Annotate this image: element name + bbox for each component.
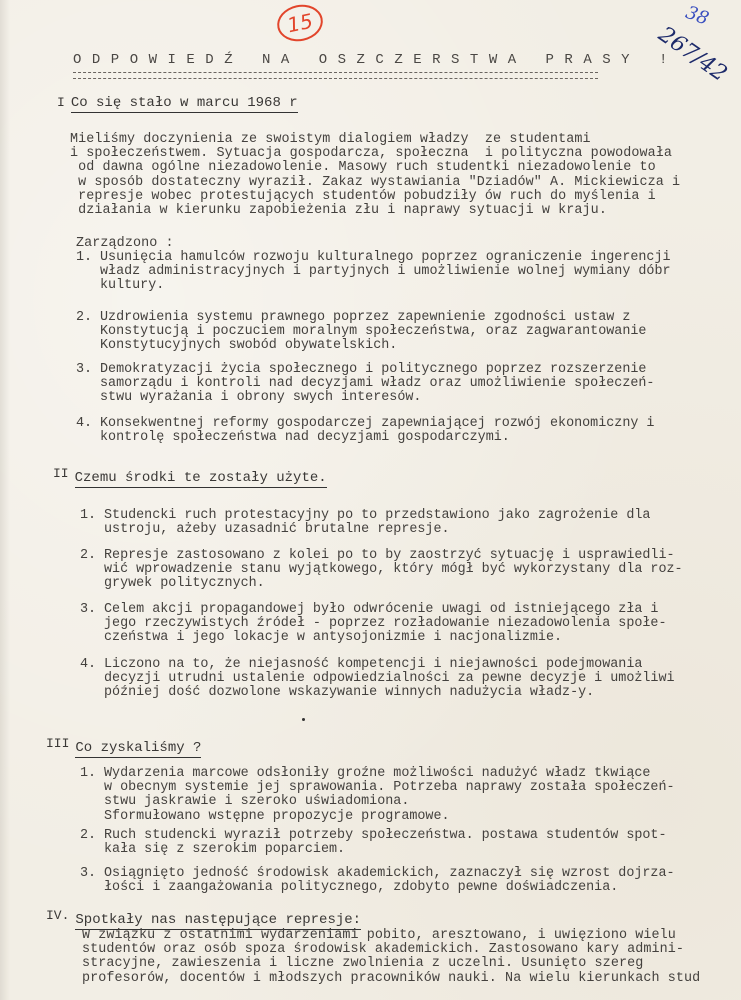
section-4-body-paragraph: W związku z ostatnimi wydarzeniami pobit… — [82, 929, 700, 986]
section-number: IV. — [46, 908, 69, 923]
item-text: Konsekwentnej reformy gospodarczej zapew… — [100, 417, 654, 445]
section-2-item-4: 4.Liczono na to, że niejasność kompetenc… — [80, 658, 675, 701]
handwritten-mark-top: 38 — [683, 2, 712, 30]
item-text: Ruch studencki wyraził potrzeby społecze… — [104, 829, 667, 857]
section-4-heading: IV.Spotkały nas następujące represje: — [46, 908, 361, 928]
title-double-underline — [73, 72, 598, 79]
section-title: Co się stało w marcu 1968 r — [71, 95, 298, 113]
section-2-heading: IICzemu środki te zostały użyte. — [53, 466, 327, 486]
section-2-item-2: 2.Represje zastosowano z kolei po to by … — [80, 549, 683, 592]
item-number: 4. — [76, 417, 100, 431]
section-3-heading: IIICo zyskaliśmy ? — [46, 736, 201, 756]
item-number: 2. — [80, 549, 104, 563]
page-edge-shadow — [0, 0, 10, 1000]
section-2-item-1: 1.Studencki ruch protestacyjny po to prz… — [80, 509, 650, 537]
section-3-item-1: 1.Wydarzenia marcowe odsłoniły groźne mo… — [80, 767, 675, 824]
item-text: Celem akcji propagandowej było odwróceni… — [104, 603, 667, 646]
section-1-heading: ICo się stało w marcu 1968 r — [57, 95, 298, 111]
item-text: Wydarzenia marcowe odsłoniły groźne możl… — [104, 767, 675, 824]
section-title: Czemu środki te zostały użyte. — [75, 470, 327, 488]
item-number: 3. — [80, 867, 104, 881]
item-text: Uzdrowienia systemu prawnego poprzez zap… — [100, 311, 646, 354]
section-1-item-3: 3.Demokratyzacji życia społecznego i pol… — [76, 363, 654, 406]
section-3-item-2: 2.Ruch studencki wyraził potrzeby społec… — [80, 829, 667, 857]
section-1-item-2: 2.Uzdrowienia systemu prawnego poprzez z… — [76, 311, 646, 354]
section-2-item-3: 3.Celem akcji propagandowej było odwróce… — [80, 603, 667, 646]
item-text: Demokratyzacji życia społecznego i polit… — [100, 363, 654, 406]
item-number: 2. — [80, 829, 104, 843]
section-number: I — [57, 95, 65, 110]
item-number: 1. — [80, 767, 104, 781]
section-1-intro-paragraph: Mieliśmy doczynienia ze swoistym dialogi… — [70, 133, 680, 218]
red-circled-page-number: 15 — [274, 1, 326, 46]
item-number: 4. — [80, 658, 104, 672]
item-text: Studencki ruch protestacyjny po to przed… — [104, 509, 650, 537]
section-number: II — [53, 466, 69, 481]
section-1-item-4: 4.Konsekwentnej reformy gospodarczej zap… — [76, 417, 654, 445]
document-title: ODPOWIEDŹ NA OSZCZERSTWA PRASY ! — [73, 52, 678, 68]
section-3-item-3: 3.Osiągnięto jedność środowisk akademick… — [80, 867, 675, 895]
section-number: III — [46, 736, 69, 751]
item-number: 1. — [80, 509, 104, 523]
section-1-item-1: 1.Usunięcia hamulców rozwoju kulturalneg… — [76, 251, 671, 294]
section-title: Co zyskaliśmy ? — [75, 740, 201, 758]
item-text: Represje zastosowano z kolei po to by za… — [104, 549, 683, 592]
item-number: 3. — [80, 603, 104, 617]
item-number: 3. — [76, 363, 100, 377]
scanned-document-page: 15 38 267/42 ODPOWIEDŹ NA OSZCZERSTWA PR… — [0, 0, 741, 1000]
item-number: 1. — [76, 251, 100, 265]
item-number: 2. — [76, 311, 100, 325]
item-text: Osiągnięto jedność środowisk akademickic… — [104, 867, 675, 895]
item-text: Liczono na to, że niejasność kompetencji… — [104, 658, 675, 701]
ink-speck — [302, 718, 305, 721]
item-text: Usunięcia hamulców rozwoju kulturalnego … — [100, 251, 671, 294]
